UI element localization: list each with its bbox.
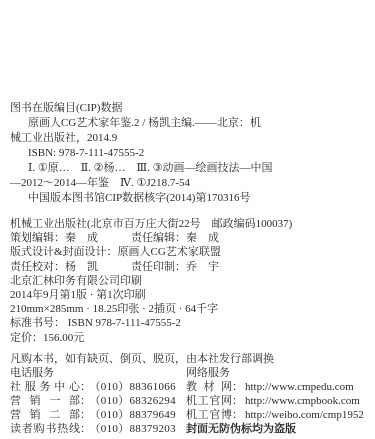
colon-separator: ： <box>232 395 243 407</box>
standard-isbn-line: 标准书号： ISBN 978-7-111-47555-2 <box>10 316 370 330</box>
format-line: 210mm×285mm · 18.25印张 · 2插页 · 64千字 <box>10 302 370 316</box>
editors-line: 策划编辑：秦 成 责任编辑：秦 成 <box>10 231 370 245</box>
colon-separator: ： <box>80 409 91 421</box>
phone-row: 社服务中心：（010）88361066 <box>10 380 186 394</box>
phone-number: （010）68326294 <box>95 395 176 407</box>
phone-number: （010）88361066 <box>95 381 176 393</box>
phone-service-title: 电话服务 <box>10 366 186 380</box>
exchange-notice: 凡购本书，如有缺页、倒页、脱页，由本社发行部调换 <box>10 352 370 366</box>
website-row: 机工官网：http://www.cmpbook.com <box>186 394 370 408</box>
cip-record-number: 中国版本图书馆CIP数据核字(2014)第170316号 <box>10 191 370 206</box>
phone-row: 读者购书热线：（010）88379203 <box>10 422 186 436</box>
phone-label: 社服务中心 <box>10 380 80 394</box>
copyright-page-content: 图书在版编目(CIP)数据 原画人CG艺术家年鉴.2 / 杨凯主编.——北京：机… <box>10 101 370 436</box>
colon-separator: ： <box>80 381 91 393</box>
price-line: 定价：156.00元 <box>10 331 370 345</box>
cip-subject-line-1: Ⅰ. ①原… Ⅱ. ②杨… Ⅲ. ③动画—绘画技法—中国 <box>10 161 370 176</box>
cip-entry-line-2: 械工业出版社，2014.9 <box>10 131 370 146</box>
phone-label: 营销二部 <box>10 408 80 422</box>
phone-row: 营销二部：（010）88379649 <box>10 408 186 422</box>
website-url: http://www.cmpedu.com <box>245 381 354 393</box>
colon-separator: ： <box>80 423 91 435</box>
colon-separator: ： <box>232 409 243 421</box>
phone-label: 读者购书热线 <box>10 422 80 436</box>
website-label: 机工官网 <box>186 394 232 408</box>
publisher-address-line: 机械工业出版社(北京市百万庄大街22号 邮政编码100037) <box>10 217 370 231</box>
cip-block: 图书在版编目(CIP)数据 原画人CG艺术家年鉴.2 / 杨凯主编.——北京：机… <box>10 101 370 206</box>
phone-service-column: 电话服务 社服务中心：（010）88361066 营销一部：（010）68326… <box>10 366 186 436</box>
phone-row: 营销一部：（010）68326294 <box>10 394 186 408</box>
website-label: 机工官博 <box>186 408 232 422</box>
services-block: 电话服务 社服务中心：（010）88361066 营销一部：（010）68326… <box>10 366 370 436</box>
edition-line: 2014年9月第1版 · 第1次印刷 <box>10 288 370 302</box>
printer-line: 北京汇林印务有限公司印刷 <box>10 274 370 288</box>
website-url: http://www.cmpbook.com <box>245 395 360 407</box>
cip-subject-line-2: —2012～2014—年鉴 Ⅳ. ①J218.7-54 <box>10 176 370 191</box>
phone-number: （010）88379649 <box>95 409 176 421</box>
colon-separator: ： <box>232 381 243 393</box>
colon-separator: ： <box>80 395 91 407</box>
cip-title: 图书在版编目(CIP)数据 <box>10 101 370 116</box>
website-row: 教材网：http://www.cmpedu.com <box>186 380 370 394</box>
website-label: 教材网 <box>186 380 232 394</box>
design-credit-line: 版式设计&封面设计：原画人CG艺术家联盟 <box>10 245 370 259</box>
colophon-block: 机械工业出版社(北京市百万庄大街22号 邮政编码100037) 策划编辑：秦 成… <box>10 217 370 345</box>
cip-isbn-line: ISBN: 978-7-111-47555-2 <box>10 146 370 161</box>
website-row: 机工官博：http://weibo.com/cmp1952 <box>186 408 370 422</box>
proofread-print-line: 责任校对：杨 凯 责任印制：乔 宇 <box>10 260 370 274</box>
cip-entry-line-1: 原画人CG艺术家年鉴.2 / 杨凯主编.——北京：机 <box>10 116 370 131</box>
phone-label: 营销一部 <box>10 394 80 408</box>
anti-piracy-warning: 封面无防伪标均为盗版 <box>186 422 370 436</box>
network-service-title: 网络服务 <box>186 366 370 380</box>
book-copyright-page: 图书在版编目(CIP)数据 原画人CG艺术家年鉴.2 / 杨凯主编.——北京：机… <box>0 0 375 439</box>
network-service-column: 网络服务 教材网：http://www.cmpedu.com 机工官网：http… <box>186 366 370 436</box>
phone-number: （010）88379203 <box>95 423 176 435</box>
website-url: http://weibo.com/cmp1952 <box>245 409 364 421</box>
